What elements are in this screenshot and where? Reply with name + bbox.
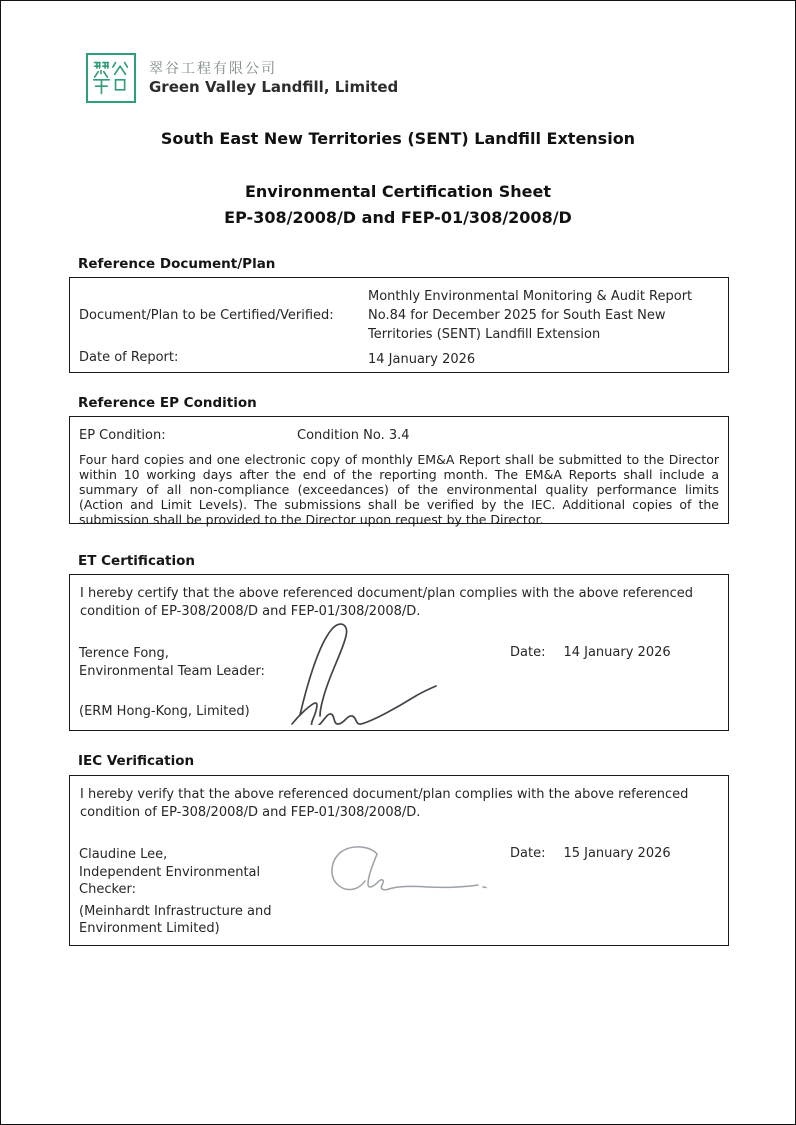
company-logo: 翠谷工程有限公司 Green Valley Landfill, Limited [86, 53, 398, 103]
et-date-row: Date: 14 January 2026 [510, 645, 671, 660]
document-value: Monthly Environmental Monitoring & Audit… [368, 287, 719, 344]
company-name-block: 翠谷工程有限公司 Green Valley Landfill, Limited [149, 60, 398, 97]
certification-sheet-page: 翠谷工程有限公司 Green Valley Landfill, Limited … [0, 0, 796, 1125]
section-heading-et-certification: ET Certification [78, 553, 195, 569]
iec-signatory-name: Claudine Lee, [79, 846, 284, 864]
et-signatory-name: Terence Fong, [79, 645, 284, 663]
iec-statement: I hereby verify that the above reference… [80, 786, 718, 822]
ep-condition-value: Condition No. 3.4 [297, 426, 719, 445]
iec-signature [328, 844, 488, 902]
reference-document-box: Document/Plan to be Certified/Verified: … [69, 277, 729, 373]
document-label: Document/Plan to be Certified/Verified: [79, 308, 368, 323]
report-date-label: Date of Report: [79, 350, 368, 365]
page-title: South East New Territories (SENT) Landfi… [1, 129, 795, 148]
et-date-label: Date: [510, 645, 545, 660]
ep-condition-label: EP Condition: [79, 428, 297, 443]
iec-verification-box: I hereby verify that the above reference… [69, 775, 729, 946]
iec-date-row: Date: 15 January 2026 [510, 846, 671, 861]
iec-signatory-block: Claudine Lee, Independent Environmental … [79, 846, 284, 899]
iec-date-label: Date: [510, 846, 545, 861]
section-heading-iec-verification: IEC Verification [78, 753, 194, 769]
ep-condition-description: Four hard copies and one electronic copy… [79, 452, 719, 527]
section-heading-ep-condition: Reference EP Condition [78, 395, 257, 411]
ep-condition-box: EP Condition: Condition No. 3.4 Four har… [69, 416, 729, 524]
logo-glyph-icon [86, 53, 136, 103]
iec-signatory-title: Independent Environmental Checker: [79, 864, 284, 899]
et-certification-box: I hereby certify that the above referenc… [69, 574, 729, 731]
et-company: (ERM Hong-Kong, Limited) [79, 703, 297, 720]
ep-condition-row: EP Condition: Condition No. 3.4 [79, 426, 719, 445]
report-date-row: Date of Report: 14 January 2026 [79, 350, 719, 369]
report-date-value: 14 January 2026 [368, 350, 719, 369]
company-name-en: Green Valley Landfill, Limited [149, 78, 398, 97]
document-row: Document/Plan to be Certified/Verified: … [79, 287, 719, 344]
et-signatory-block: Terence Fong, Environmental Team Leader: [79, 645, 284, 680]
et-statement: I hereby certify that the above referenc… [80, 585, 718, 621]
et-date-value: 14 January 2026 [563, 645, 670, 660]
iec-company: (Meinhardt Infrastructure and Environmen… [79, 903, 297, 937]
section-heading-reference-document: Reference Document/Plan [78, 256, 275, 272]
company-name-cn: 翠谷工程有限公司 [149, 60, 398, 78]
permit-numbers: EP-308/2008/D and FEP-01/308/2008/D [1, 208, 795, 227]
iec-date-value: 15 January 2026 [563, 846, 670, 861]
sheet-subtitle: Environmental Certification Sheet [1, 182, 795, 201]
et-signatory-title: Environmental Team Leader: [79, 663, 284, 681]
